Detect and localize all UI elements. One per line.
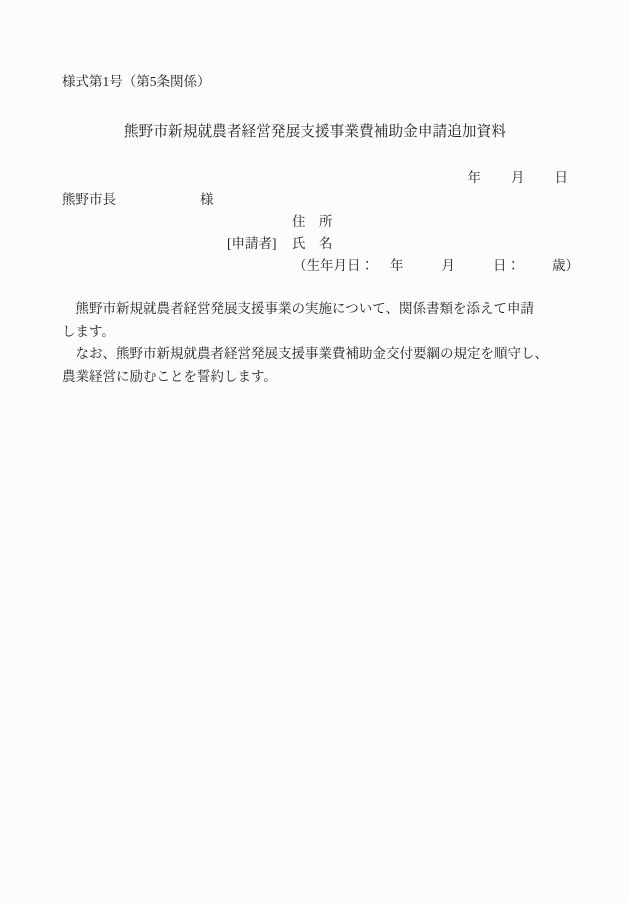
body-line: 農業経営に励むことを誓約します。 — [62, 366, 568, 389]
body-line: します。 — [62, 321, 568, 344]
date-month-label: 月 — [511, 167, 525, 189]
applicant-bracket-label: [申請者] — [227, 233, 292, 255]
applicant-name-label: 氏 名 — [292, 233, 333, 255]
body-line: 熊野市新規就農者経営発展支援事業の実施について、関係書類を添えて申請 — [62, 298, 568, 321]
date-day-label: 日 — [555, 167, 569, 189]
addressee-honorific: 様 — [200, 189, 214, 211]
date-year-label: 年 — [468, 167, 482, 189]
birthdate-day-label: 日： — [493, 255, 520, 277]
birthdate-line: （生年月日： 年 月 日： 歳） — [62, 255, 568, 277]
date-line: 年 月 日 — [62, 167, 568, 189]
addressee-name: 熊野市長 — [62, 189, 116, 211]
birthdate-month-label: 月 — [442, 255, 456, 277]
form-number: 様式第1号（第5条関係） — [62, 71, 568, 93]
birthdate-year-label: 年 — [390, 255, 404, 277]
body-line: なお、熊野市新規就農者経営発展支援事業費補助金交付要綱の規定を順守し、 — [62, 343, 568, 366]
birthdate-prefix: （生年月日： — [293, 255, 374, 277]
body-text: 熊野市新規就農者経営発展支援事業の実施について、関係書類を添えて申請 します。 … — [62, 298, 568, 388]
document-page: 様式第1号（第5条関係） 熊野市新規就農者経営発展支援事業費補助金申請追加資料 … — [0, 0, 630, 903]
addressee-line: 熊野市長 様 — [62, 189, 568, 211]
document-title: 熊野市新規就農者経営発展支援事業費補助金申請追加資料 — [62, 120, 568, 144]
applicant-address-label: 住 所 — [62, 211, 568, 233]
birthdate-age-label: 歳） — [552, 255, 579, 277]
applicant-name-line: [申請者] 氏 名 — [62, 233, 568, 255]
